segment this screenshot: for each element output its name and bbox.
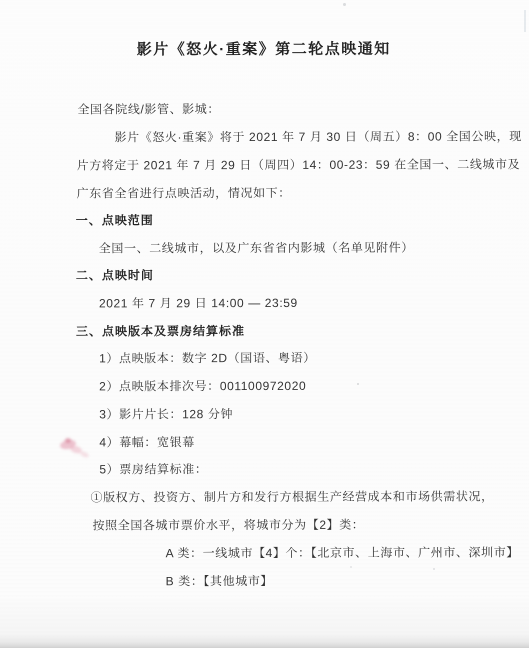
- section-heading-3: 三、点映版本及票房结算标准: [76, 324, 245, 338]
- list-item-1: 1）点映版本：数字 2D（国语、粤语）: [99, 351, 316, 366]
- list-item-4: 4）幕幅：宽银幕: [99, 435, 195, 449]
- list-item-2: 2）点映版本排次号：001100972020: [99, 379, 306, 394]
- list-item-3: 3）影片片长：128 分钟: [99, 407, 233, 421]
- section-heading-2: 二、点映时间: [76, 268, 154, 282]
- section-heading-1: 一、点映范围: [76, 213, 154, 227]
- section-1-body: 全国一、二线城市，以及广东省省内影城（名单见附件）: [99, 241, 414, 256]
- clause-line: ①版权方、投资方、制片方和发行方根据生产经营成本和市场供需状况，: [90, 489, 493, 504]
- scanned-notice-page: 影片《怒火·重案》第二轮点映通知 全国各院线/影管、影城： 影片《怒火·重案》将…: [0, 0, 529, 648]
- clause-line: 按照全国各城市票价水平，将城市分为【2】类：: [93, 518, 365, 533]
- greeting-line: 全国各院线/影管、影城：: [77, 102, 220, 116]
- paragraph-line: 广东省全省进行点映活动，情况如下：: [77, 186, 291, 201]
- paragraph-line: 片方将定于 2021 年 7 月 29 日（周四）14：00-23：59 在全国…: [77, 157, 521, 172]
- document-title: 影片《怒火·重案》第二轮点映通知: [0, 37, 528, 59]
- document-content: 影片《怒火·重案》第二轮点映通知 全国各院线/影管、影城： 影片《怒火·重案》将…: [0, 0, 529, 648]
- city-class-b-line: B 类：【其他城市】: [166, 574, 273, 588]
- paragraph-line: 影片《怒火·重案》将于 2021 年 7 月 30 日（周五）8：00 全国公映…: [114, 129, 521, 144]
- list-item-5: 5）票房结算标准：: [99, 462, 207, 476]
- city-class-a-line: A 类：一线城市【4】个：【北京市、上海市、广州市、深圳市】: [166, 545, 519, 560]
- section-2-body: 2021 年 7 月 29 日 14:00 — 23:59: [99, 296, 298, 311]
